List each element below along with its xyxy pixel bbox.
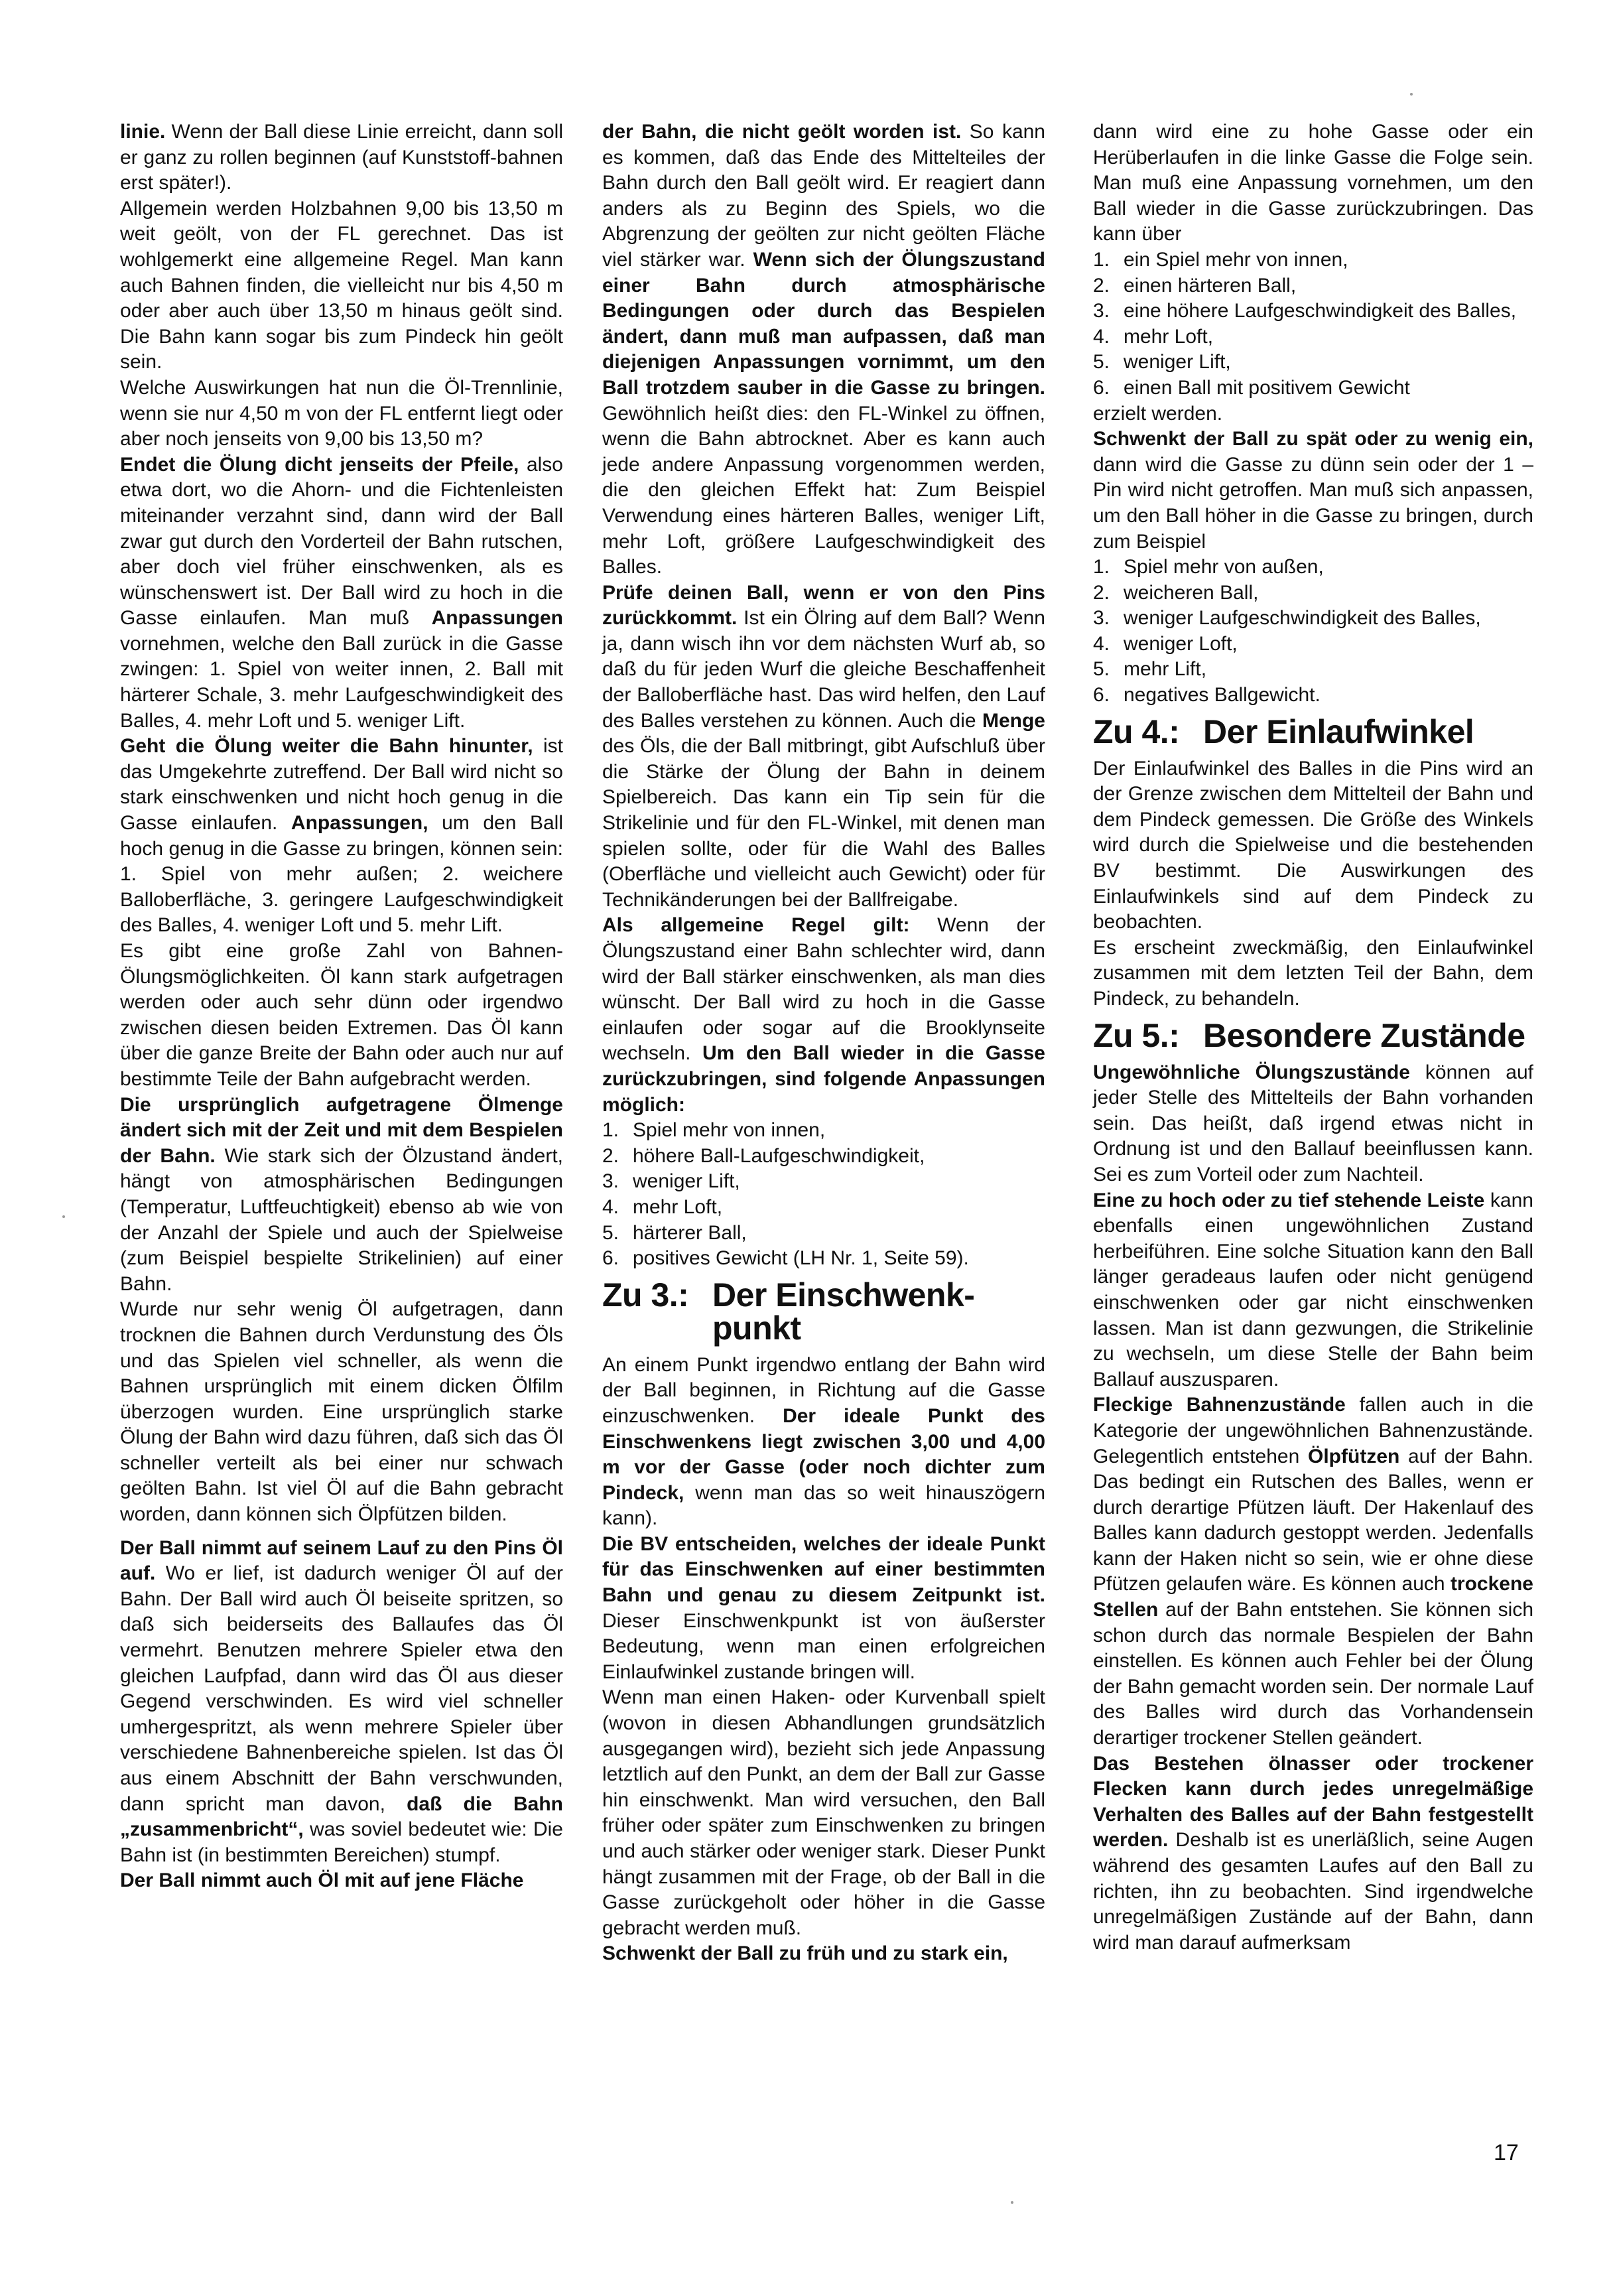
paragraph: Allgemein werden Holzbahnen 9,00 bis 13,… [120,196,563,375]
paragraph: Wenn man einen Haken- oder Kurvenball sp… [602,1685,1045,1941]
paragraph: Welche Auswirkungen hat nun die Öl-Trenn… [120,375,563,452]
paragraph: Es erscheint zweckmäßig, den Einlaufwink… [1093,935,1533,1012]
text-column-right: dann wird eine zu hohe Gasse oder ein He… [1093,119,1533,1956]
paragraph: Die BV entscheiden, welches der ideale P… [602,1532,1045,1686]
list-item: 5.weniger Lift, [1093,350,1533,375]
paragraph: der Bahn, die nicht geölt worden ist. So… [602,119,1045,580]
paragraph: Schwenkt der Ball zu früh und zu stark e… [602,1941,1045,1967]
list-item: 4.mehr Loft, [1093,324,1533,350]
paragraph: Das Bestehen ölnasser oder trockener Fle… [1093,1751,1533,1956]
scan-speck [1011,2201,1013,2204]
list-item: 2.weicheren Ball, [1093,580,1533,606]
paragraph: dann wird eine zu hohe Gasse oder ein He… [1093,119,1533,247]
list-item: 6.einen Ball mit positivem Gewicht [1093,375,1533,401]
list-item: 1.ein Spiel mehr von innen, [1093,247,1533,273]
paragraph: Es gibt eine große Zahl von Bahnen-Ölung… [120,939,563,1093]
paragraph: Als allgemeine Regel gilt: Wenn der Ölun… [602,913,1045,1118]
paragraph: Der Ball nimmt auf seinem Lauf zu den Pi… [120,1536,563,1869]
list-item: 5.härterer Ball, [602,1221,1045,1247]
paragraph: Ungewöhnliche Ölungszustände können auf … [1093,1060,1533,1188]
paragraph: Eine zu hoch oder zu tief stehende Leist… [1093,1188,1533,1393]
adjustment-list-outside: 1.Spiel mehr von außen, 2.weicheren Ball… [1093,555,1533,709]
scan-speck [1410,93,1413,96]
paragraph: Der Ball nimmt auch Öl mit auf jene Fläc… [120,1868,563,1894]
list-item: 4.weniger Loft, [1093,632,1533,657]
list-item: 3.eine höhere Laufgeschwindigkeit des Ba… [1093,299,1533,324]
paragraph: Schwenkt der Ball zu spät oder zu wenig … [1093,427,1533,555]
list-item: 2.höhere Ball-Laufgeschwindigkeit, [602,1144,1045,1170]
paragraph: Endet die Ölung dicht jenseits der Pfeil… [120,452,563,734]
text-column-middle: der Bahn, die nicht geölt worden ist. So… [602,119,1045,1967]
list-item: 3.weniger Laufgeschwindigkeit des Balles… [1093,606,1533,632]
paragraph: Der Einlaufwinkel des Balles in die Pins… [1093,756,1533,935]
paragraph: linie. Wenn der Ball diese Linie erreich… [120,119,563,196]
paragraph: An einem Punkt irgendwo entlang der Bahn… [602,1353,1045,1532]
adjustment-list: 1.Spiel mehr von innen, 2.höhere Ball-La… [602,1118,1045,1272]
page-number: 17 [1494,2140,1519,2166]
section-heading-5: Zu 5.:Besondere Zustände [1093,1019,1533,1052]
text-column-left: linie. Wenn der Ball diese Linie erreich… [120,119,563,1894]
list-item: 2.einen härteren Ball, [1093,273,1533,299]
paragraph: erzielt werden. [1093,401,1533,427]
list-item: 3.weniger Lift, [602,1169,1045,1195]
paragraph: Fleckige Bahnenzustände fallen auch in d… [1093,1392,1533,1751]
list-item: 1.Spiel mehr von außen, [1093,555,1533,580]
section-heading-3: Zu 3.:Der Einschwenk-punkt [602,1278,1045,1345]
list-item: 4.mehr Loft, [602,1195,1045,1221]
paragraph: Wurde nur sehr wenig Öl aufgetragen, dan… [120,1297,563,1527]
paragraph: Die ursprünglich aufgetragene Ölmenge än… [120,1093,563,1298]
adjustment-list-inside: 1.ein Spiel mehr von innen, 2.einen härt… [1093,247,1533,401]
list-item: 6.negatives Ballgewicht. [1093,683,1533,709]
list-item: 6.positives Gewicht (LH Nr. 1, Seite 59)… [602,1246,1045,1272]
list-item: 1.Spiel mehr von innen, [602,1118,1045,1144]
paragraph: Geht die Ölung weiter die Bahn hinunter,… [120,734,563,939]
paragraph: Prüfe deinen Ball, wenn er von den Pins … [602,580,1045,913]
scan-speck [62,1215,65,1218]
list-item: 5.mehr Lift, [1093,657,1533,683]
section-heading-4: Zu 4.:Der Einlaufwinkel [1093,715,1533,748]
